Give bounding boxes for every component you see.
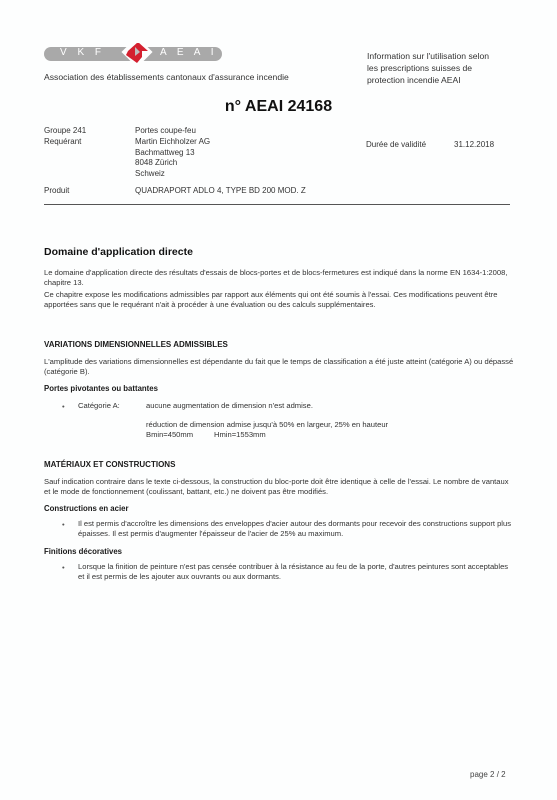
intro-paragraph-2: Ce chapitre expose les modifications adm… [44, 290, 514, 311]
steel-bullet-text: Il est permis d'accroître les dimensions… [78, 519, 514, 540]
validite-value: 31.12.2018 [454, 140, 494, 151]
vkf-aeai-logo: V K F A E A I [44, 43, 222, 65]
document-number: n° AEAI 24168 [0, 98, 557, 116]
requerant-address: Martin Eichholzer AG Bachmattweg 13 8048… [135, 137, 210, 179]
pivot-doors-heading: Portes pivotantes ou battantes [44, 384, 158, 393]
logo-text-vkf: V K F [60, 47, 105, 58]
info-line: Information sur l'utilisation selon [367, 50, 547, 62]
variations-text: L'amplitude des variations dimensionnell… [44, 357, 514, 378]
bullet: • [62, 402, 65, 411]
requerant-line: 8048 Zürich [135, 158, 210, 169]
finish-bullet-text: Lorsque la finition de peinture n'est pa… [78, 562, 514, 583]
section-heading: Domaine d'application directe [44, 246, 193, 258]
divider [44, 204, 510, 205]
produit-label: Produit [44, 186, 69, 197]
validite-label: Durée de validité [366, 140, 426, 151]
intro-paragraph-1: Le domaine d'application directe des rés… [44, 268, 514, 289]
requerant-line: Bachmattweg 13 [135, 148, 210, 159]
bullet: • [62, 563, 65, 572]
info-line: protection incendie AEAI [367, 74, 547, 86]
page-number: page 2 / 2 [470, 770, 506, 779]
steel-heading: Constructions en acier [44, 504, 129, 513]
materials-heading: MATÉRIAUX ET CONSTRUCTIONS [44, 460, 175, 469]
groupe-value: Portes coupe-feu [135, 126, 196, 137]
category-a-text: aucune augmentation de dimension n'est a… [146, 401, 506, 411]
groupe-label: Groupe 241 [44, 126, 86, 137]
requerant-line: Schweiz [135, 169, 210, 180]
variations-heading: VARIATIONS DIMENSIONNELLES ADMISSIBLES [44, 340, 228, 349]
requerant-label: Requérant [44, 137, 81, 148]
finish-heading: Finitions décoratives [44, 547, 122, 556]
reduction-text: réduction de dimension admise jusqu'à 50… [146, 420, 506, 430]
logo-text-aeai: A E A I [160, 47, 217, 58]
info-line: les prescriptions suisses de [367, 62, 547, 74]
association-name: Association des établissements cantonaux… [44, 72, 289, 82]
bullet: • [62, 520, 65, 529]
requerant-line: Martin Eichholzer AG [135, 137, 210, 148]
materials-text: Sauf indication contraire dans le texte … [44, 477, 514, 498]
info-notice: Information sur l'utilisation selon les … [367, 50, 547, 86]
produit-value: QUADRAPORT ADLO 4, TYPE BD 200 MOD. Z [135, 186, 306, 197]
hmin-value: Hmin=1553mm [214, 430, 294, 440]
